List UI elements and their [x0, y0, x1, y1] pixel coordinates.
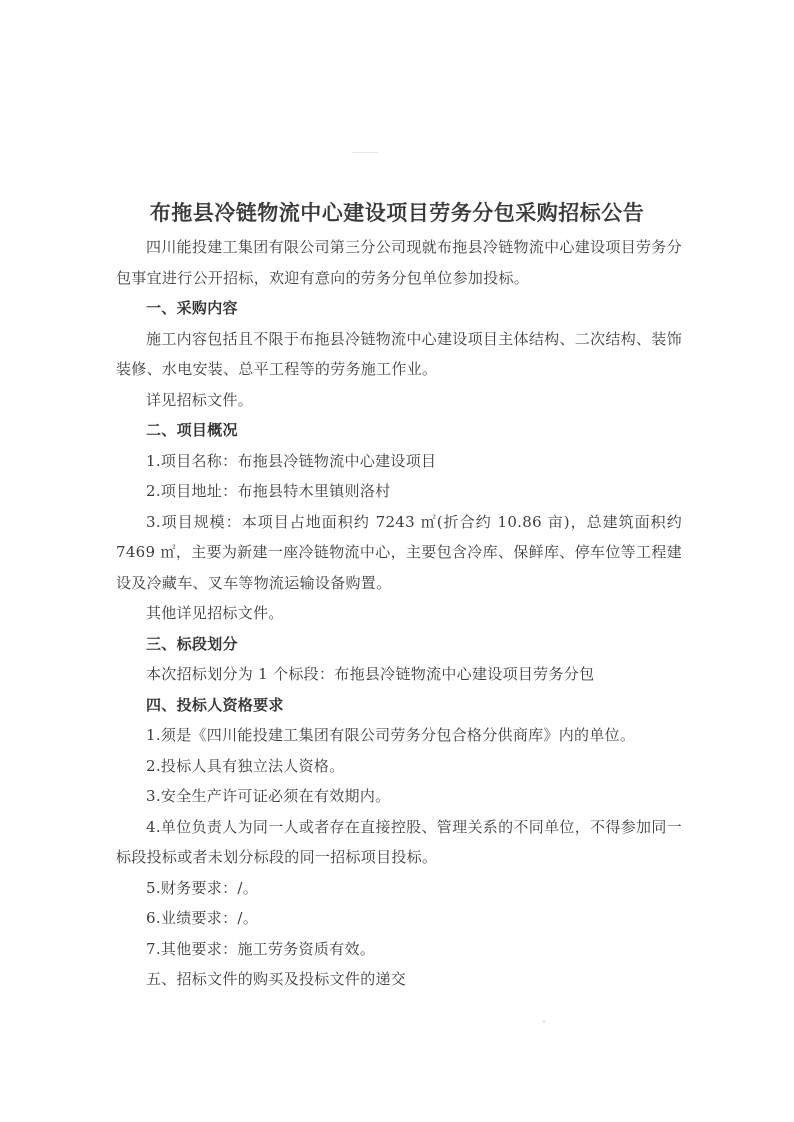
qualification-item-5: 5.财务要求：/。 — [116, 873, 682, 904]
project-scale-item: 3.项目规模：本项目占地面积约 7243 ㎡(折合约 10.86 亩)，总建筑面… — [116, 507, 682, 599]
section-heading-bidder-qualifications: 四、投标人资格要求 — [116, 690, 682, 721]
section-heading-lot-division: 三、标段划分 — [116, 629, 682, 660]
qualification-item-2: 2.投标人具有独立法人资格。 — [116, 751, 682, 782]
qualification-item-7: 7.其他要求：施工劳务资质有效。 — [116, 934, 682, 965]
intro-paragraph: 四川能投建工集团有限公司第三分公司现就布拖县冷链物流中心建设项目劳务分包事宜进行… — [116, 232, 682, 293]
qualification-item-1: 1.须是《四川能投建工集团有限公司劳务分包合格分供商库》内的单位。 — [116, 720, 682, 751]
other-details-paragraph: 其他详见招标文件。 — [116, 598, 682, 629]
scan-artifact — [352, 152, 378, 153]
document-title: 布拖县冷链物流中心建设项目劳务分包采购招标公告 — [0, 197, 794, 227]
section-heading-project-overview: 二、项目概况 — [116, 415, 682, 446]
qualification-item-6: 6.业绩要求：/。 — [116, 903, 682, 934]
qualification-item-3: 3.安全生产许可证必须在有效期内。 — [116, 781, 682, 812]
project-address-item: 2.项目地址：布拖县特木里镇则洛村 — [116, 476, 682, 507]
project-name-item: 1.项目名称：布拖县冷链物流中心建设项目 — [116, 446, 682, 477]
document-body: 四川能投建工集团有限公司第三分公司现就布拖县冷链物流中心建设项目劳务分包事宜进行… — [116, 232, 682, 995]
scan-artifact — [543, 1020, 545, 1023]
qualification-item-4: 4.单位负责人为同一人或者存在直接控股、管理关系的不同单位，不得参加同一标段投标… — [116, 812, 682, 873]
section-heading-tender-docs-submission: 五、招标文件的购买及投标文件的递交 — [116, 964, 682, 995]
lot-division-paragraph: 本次招标划分为 1 个标段：布拖县冷链物流中心建设项目劳务分包 — [116, 659, 682, 690]
see-tender-docs-paragraph: 详见招标文件。 — [116, 385, 682, 416]
section-heading-procurement-content: 一、采购内容 — [116, 293, 682, 324]
document-page: 布拖县冷链物流中心建设项目劳务分包采购招标公告 四川能投建工集团有限公司第三分公… — [0, 0, 794, 1122]
procurement-content-paragraph: 施工内容包括且不限于布拖县冷链物流中心建设项目主体结构、二次结构、装饰装修、水电… — [116, 324, 682, 385]
